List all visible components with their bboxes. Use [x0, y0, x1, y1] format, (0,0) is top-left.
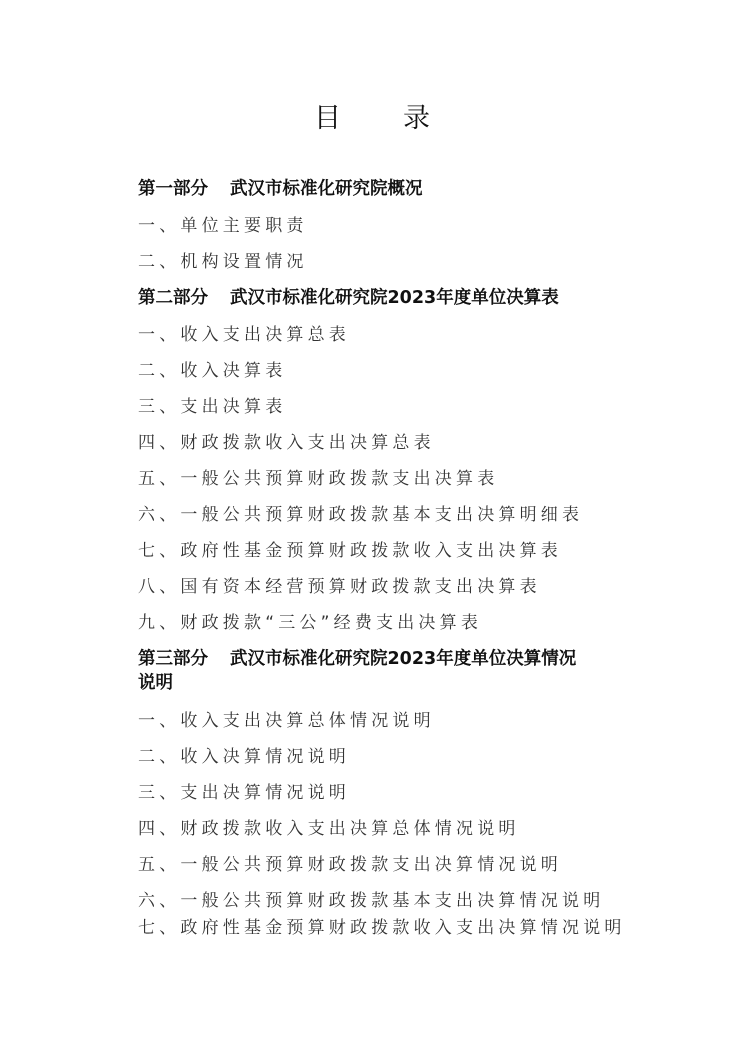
part-name: 武汉市标准化研究院2023年度单位决算情况: [230, 649, 576, 669]
toc-item[interactable]: 三、支出决算表: [138, 392, 286, 417]
part-name: 武汉市标准化研究院2023年度单位决算表: [230, 288, 559, 308]
part-name: 武汉市标准化研究院概况: [230, 179, 423, 199]
toc-item[interactable]: 九、财政拨款“三公”经费支出决算表: [138, 608, 482, 633]
toc-item[interactable]: 一、收入支出决算总表: [138, 320, 350, 345]
part-label: 第二部分: [138, 288, 208, 308]
toc-part-3-continuation[interactable]: 说明: [138, 669, 173, 694]
toc-item[interactable]: 六、一般公共预算财政拨款基本支出决算情况说明: [138, 886, 604, 911]
title-char-1: 目: [314, 96, 341, 135]
toc-item[interactable]: 六、一般公共预算财政拨款基本支出决算明细表: [138, 500, 583, 525]
toc-item[interactable]: 五、一般公共预算财政拨款支出决算情况说明: [138, 850, 562, 875]
toc-item[interactable]: 二、收入决算情况说明: [138, 742, 350, 767]
toc-item[interactable]: 二、收入决算表: [138, 356, 286, 381]
toc-item[interactable]: 七、政府性基金预算财政拨款收入支出决算表: [138, 536, 562, 561]
toc-item[interactable]: 四、财政拨款收入支出决算总表: [138, 428, 435, 453]
toc-item[interactable]: 八、国有资本经营预算财政拨款支出决算表: [138, 572, 541, 597]
toc-item[interactable]: 一、收入支出决算总体情况说明: [138, 706, 435, 731]
toc-item[interactable]: 四、财政拨款收入支出决算总体情况说明: [138, 814, 520, 839]
toc-part-1[interactable]: 第一部分武汉市标准化研究院概况: [138, 175, 423, 200]
toc-item[interactable]: 三、支出决算情况说明: [138, 778, 350, 803]
toc-part-2[interactable]: 第二部分武汉市标准化研究院2023年度单位决算表: [138, 284, 559, 309]
toc-item[interactable]: 二、机构设置情况: [138, 247, 308, 272]
toc-item[interactable]: 五、一般公共预算财政拨款支出决算表: [138, 464, 498, 489]
toc-part-3[interactable]: 第三部分武汉市标准化研究院2023年度单位决算情况: [138, 645, 576, 670]
toc-item[interactable]: 一、单位主要职责: [138, 211, 308, 236]
part-label: 第一部分: [138, 179, 208, 199]
title-char-2: 录: [403, 96, 430, 135]
page-title: 目录: [0, 96, 744, 135]
part-label: 第三部分: [138, 649, 208, 669]
toc-item[interactable]: 七、政府性基金预算财政拨款收入支出决算情况说明: [138, 913, 626, 938]
